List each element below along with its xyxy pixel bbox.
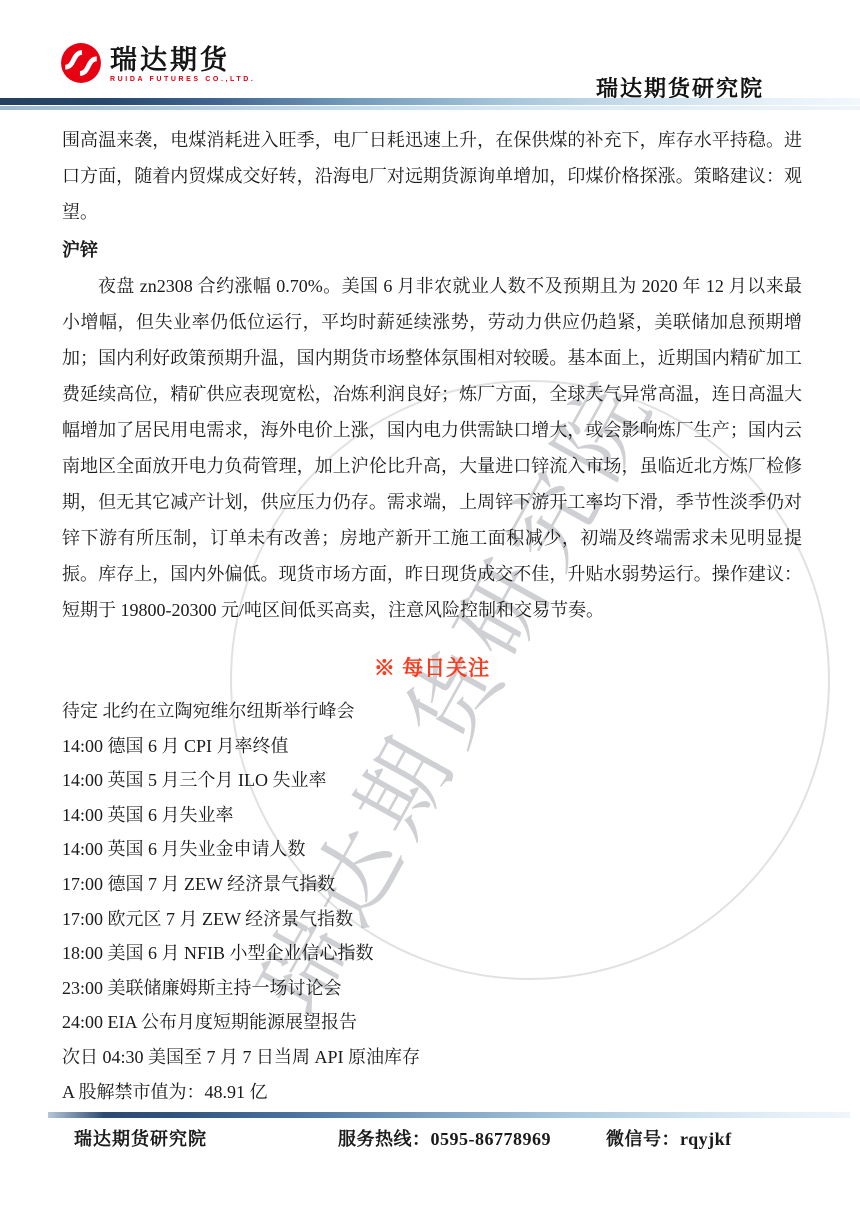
page-header: 瑞达期货 RUIDA FUTURES CO.,LTD. 瑞达期货研究院: [0, 0, 860, 98]
document-content: 围高温来袭，电煤消耗进入旺季，电厂日耗迅速上升，在保供煤的补充下，库存水平持稳。…: [62, 122, 802, 1109]
footer-hotline: 服务热线：0595-86778969: [338, 1125, 551, 1151]
document-page: 瑞达期货研究院 瑞达期货 RUIDA FUTURES CO.,LTD. 瑞达期货…: [0, 0, 860, 1217]
event-item: 24:00 EIA 公布月度短期能源展望报告: [62, 1005, 802, 1040]
event-item: 17:00 欧元区 7 月 ZEW 经济景气指数: [62, 902, 802, 937]
footer-text-row: 瑞达期货研究院 服务热线：0595-86778969 微信号：rqyjkf: [0, 1112, 860, 1152]
event-item: 14:00 德国 6 月 CPI 月率终值: [62, 729, 802, 764]
event-item: 23:00 美联储廉姆斯主持一场讨论会: [62, 971, 802, 1006]
header-divider-band-dark: [0, 98, 860, 105]
event-item: 14:00 英国 6 月失业率: [62, 798, 802, 833]
page-footer: 瑞达期货研究院 服务热线：0595-86778969 微信号：rqyjkf: [0, 1112, 860, 1152]
event-item: 次日 04:30 美国至 7 月 7 日当周 API 原油库存: [62, 1040, 802, 1075]
header-divider-bar: [0, 98, 860, 110]
daily-focus-list: 待定 北约在立陶宛维尔纽斯举行峰会14:00 德国 6 月 CPI 月率终值14…: [62, 694, 802, 1109]
event-item: 14:00 英国 5 月三个月 ILO 失业率: [62, 763, 802, 798]
paragraph-zinc-analysis: 夜盘 zn2308 合约涨幅 0.70%。美国 6 月非农就业人数不及预期且为 …: [62, 268, 802, 628]
logo-brand: 瑞达期货: [110, 46, 255, 74]
event-item: 待定 北约在立陶宛维尔纽斯举行峰会: [62, 694, 802, 729]
footer-hotline-label: 服务热线：: [338, 1129, 431, 1149]
ruida-logo-icon: [60, 42, 102, 84]
footer-hotline-number: 0595-86778969: [431, 1129, 552, 1149]
section-heading-shanghai-zinc: 沪锌: [62, 232, 802, 268]
event-item: 17:00 德国 7 月 ZEW 经济景气指数: [62, 867, 802, 902]
logo-subtitle: RUIDA FUTURES CO.,LTD.: [110, 76, 255, 83]
company-logo: 瑞达期货 RUIDA FUTURES CO.,LTD.: [60, 42, 255, 84]
event-item: 18:00 美国 6 月 NFIB 小型企业信心指数: [62, 936, 802, 971]
footer-wechat-label: 微信号：: [606, 1129, 680, 1149]
event-item: 14:00 英国 6 月失业金申请人数: [62, 832, 802, 867]
footer-wechat: 微信号：rqyjkf: [606, 1125, 732, 1151]
event-item: A 股解禁市值为：48.91 亿: [62, 1075, 802, 1110]
paragraph-coal-outlook: 围高温来袭，电煤消耗进入旺季，电厂日耗迅速上升，在保供煤的补充下，库存水平持稳。…: [62, 122, 802, 230]
header-divider-band-light: [0, 106, 860, 110]
footer-wechat-id: rqyjkf: [680, 1129, 732, 1149]
daily-focus-title: ※ 每日关注: [62, 650, 802, 686]
footer-institute: 瑞达期货研究院: [74, 1125, 207, 1151]
logo-text-block: 瑞达期货 RUIDA FUTURES CO.,LTD.: [110, 42, 255, 83]
